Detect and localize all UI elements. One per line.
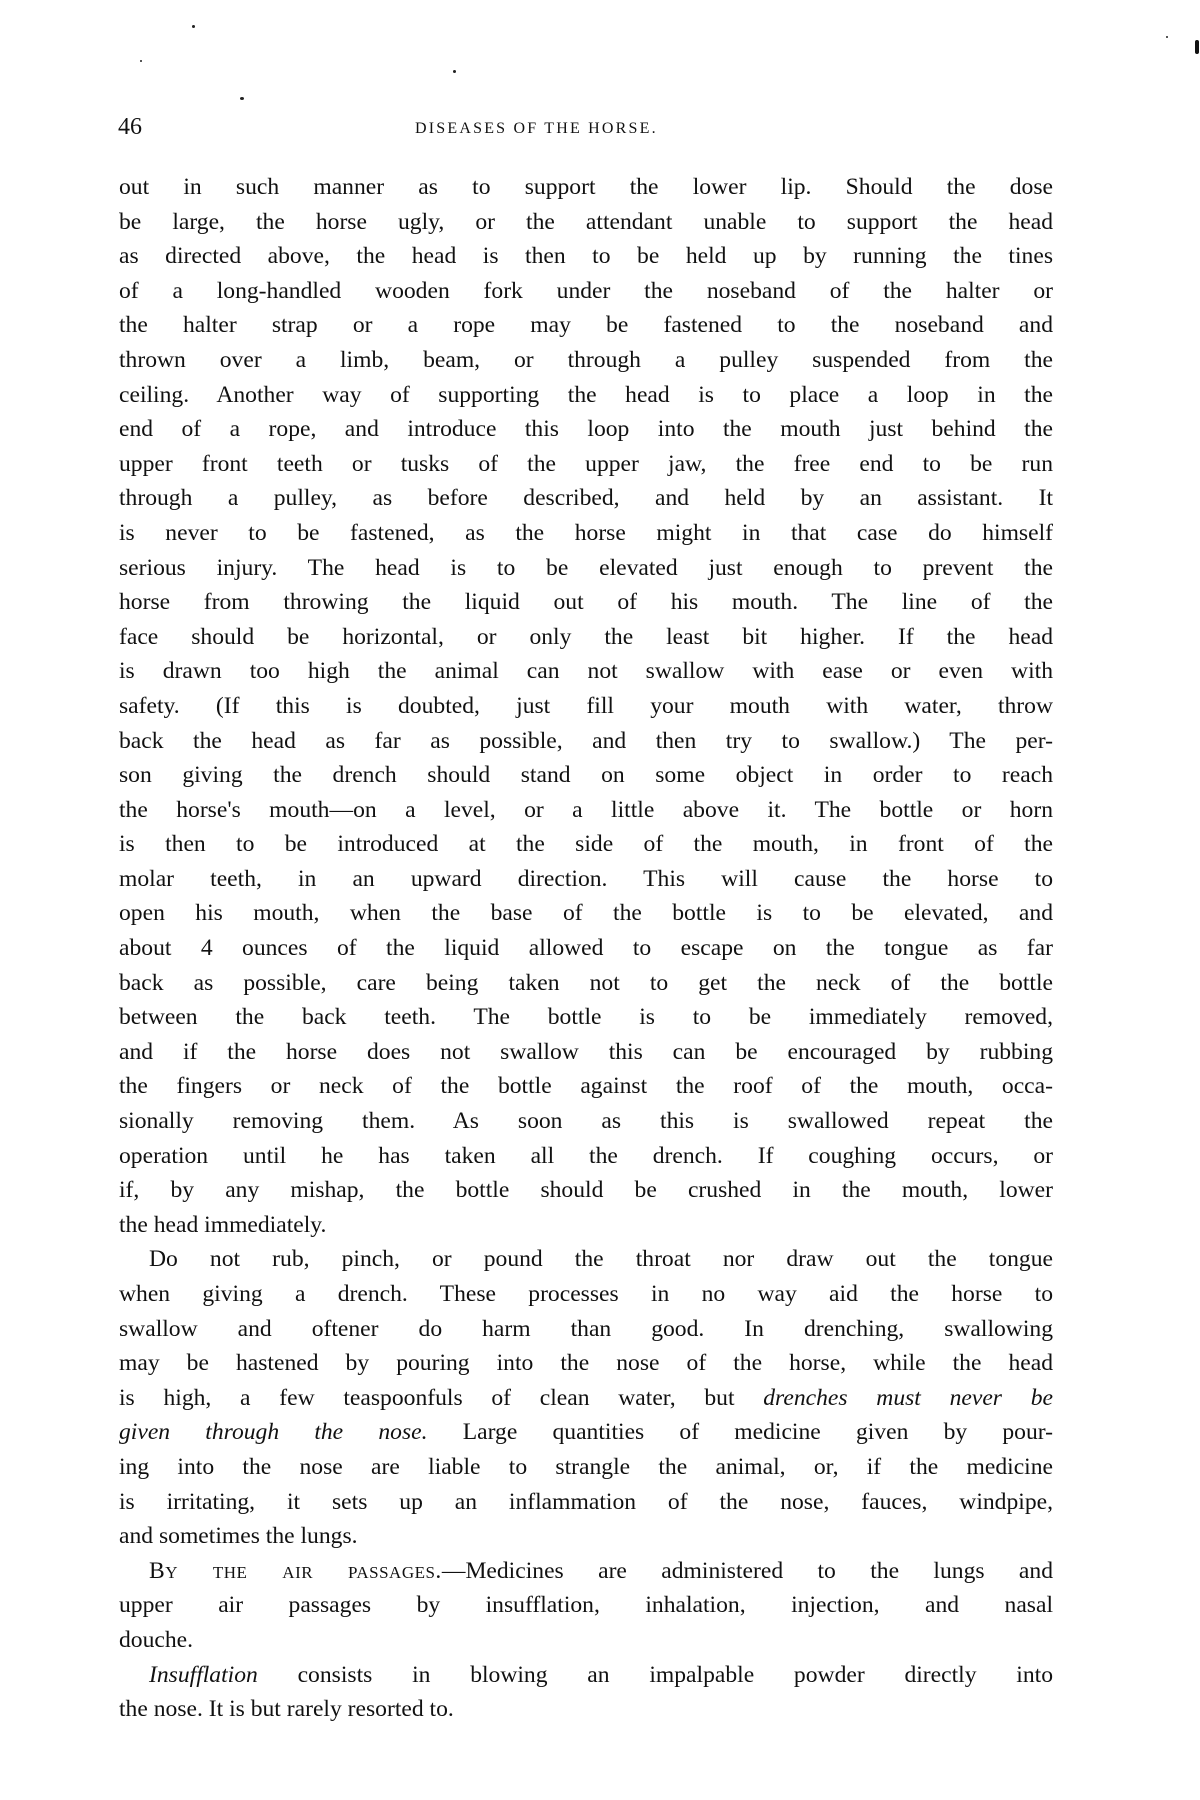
running-head: 46 DISEASES OF THE HORSE.: [118, 112, 1052, 142]
text-line: upper air passages by insufflation, inha…: [119, 1588, 1053, 1623]
text-line: safety. (If this is doubted, just fill y…: [119, 689, 1053, 724]
paragraph-drench-administration: out in such manner as to support the low…: [119, 170, 1053, 1242]
text-line: horse from throwing the liquid out of hi…: [119, 585, 1053, 620]
scan-speck: [1166, 36, 1168, 38]
text-line: is then to be introduced at the side of …: [119, 827, 1053, 862]
term-italic: Insufflation: [149, 1662, 258, 1688]
text-line: is drawn too high the animal can not swa…: [119, 654, 1053, 689]
text-run: is high, a few teaspoonfuls of clean wat…: [119, 1385, 763, 1411]
emphasis-italic: drenches must never be: [763, 1385, 1053, 1411]
paragraph-insufflation: Insufflation consists in blowing an impa…: [119, 1658, 1053, 1727]
text-line: of a long-handled wooden fork under the …: [119, 274, 1053, 309]
text-line: and if the horse does not swallow this c…: [119, 1035, 1053, 1070]
text-line-mixed: Insufflation consists in blowing an impa…: [119, 1658, 1053, 1693]
scan-edge-mark: [1195, 40, 1199, 54]
text-line: the fingers or neck of the bottle agains…: [119, 1069, 1053, 1104]
text-line-mixed: By the air passages.—Medicines are admin…: [119, 1554, 1053, 1589]
text-line: is irritating, it sets up an inflammatio…: [119, 1485, 1053, 1520]
text-line: Do not rub, pinch, or pound the throat n…: [119, 1242, 1053, 1277]
scan-speck: [453, 70, 456, 73]
text-line: sionally removing them. As soon as this …: [119, 1104, 1053, 1139]
section-heading-smallcaps: By the air passages.: [149, 1558, 442, 1584]
text-line: if, by any mishap, the bottle should be …: [119, 1173, 1053, 1208]
text-line: end of a rope, and introduce this loop i…: [119, 412, 1053, 447]
text-line: be large, the horse ugly, or the attenda…: [119, 205, 1053, 240]
text-line: swallow and oftener do harm than good. I…: [119, 1312, 1053, 1347]
text-line: as directed above, the head is then to b…: [119, 239, 1053, 274]
text-line: when giving a drench. These processes in…: [119, 1277, 1053, 1312]
scan-speck: [240, 97, 244, 100]
text-line: thrown over a limb, beam, or through a p…: [119, 343, 1053, 378]
text-line: upper front teeth or tusks of the upper …: [119, 447, 1053, 482]
text-line: the nose. It is but rarely resorted to.: [119, 1692, 1053, 1727]
paragraph-air-passages: By the air passages.—Medicines are admin…: [119, 1554, 1053, 1658]
scan-speck: [140, 60, 142, 62]
text-line: and sometimes the lungs.: [119, 1519, 1053, 1554]
page-body: out in such manner as to support the low…: [119, 170, 1053, 1727]
text-line: about 4 ounces of the liquid allowed to …: [119, 931, 1053, 966]
running-title: DISEASES OF THE HORSE.: [415, 114, 658, 144]
text-line-mixed: is high, a few teaspoonfuls of clean wat…: [119, 1381, 1053, 1416]
text-line: between the back teeth. The bottle is to…: [119, 1000, 1053, 1035]
emphasis-italic: given through the nose.: [119, 1419, 428, 1445]
paragraph-do-not-rub: Do not rub, pinch, or pound the throat n…: [119, 1242, 1053, 1553]
text-line: through a pulley, as before described, a…: [119, 481, 1053, 516]
text-line: molar teeth, in an upward direction. Thi…: [119, 862, 1053, 897]
text-line: out in such manner as to support the low…: [119, 170, 1053, 205]
text-line: ing into the nose are liable to strangle…: [119, 1450, 1053, 1485]
text-line: the halter strap or a rope may be fasten…: [119, 308, 1053, 343]
text-line: face should be horizontal, or only the l…: [119, 620, 1053, 655]
text-line: is never to be fastened, as the horse mi…: [119, 516, 1053, 551]
text-line: the horse's mouth—on a level, or a littl…: [119, 793, 1053, 828]
text-line: serious injury. The head is to be elevat…: [119, 551, 1053, 586]
text-line-mixed: given through the nose. Large quantities…: [119, 1415, 1053, 1450]
text-run: Large quantities of medicine given by po…: [428, 1419, 1053, 1445]
text-line: open his mouth, when the base of the bot…: [119, 896, 1053, 931]
text-line: back as possible, care being taken not t…: [119, 966, 1053, 1001]
text-run: consists in blowing an impalpable powder…: [258, 1662, 1053, 1688]
text-line: back the head as far as possible, and th…: [119, 724, 1053, 759]
page-number: 46: [118, 112, 142, 142]
text-line: douche.: [119, 1623, 1053, 1658]
text-line: operation until he has taken all the dre…: [119, 1139, 1053, 1174]
text-run: —Medicines are administered to the lungs…: [442, 1558, 1053, 1584]
text-line: ceiling. Another way of supporting the h…: [119, 378, 1053, 413]
text-line: son giving the drench should stand on so…: [119, 758, 1053, 793]
text-line: the head immediately.: [119, 1208, 1053, 1243]
text-line: may be hastened by pouring into the nose…: [119, 1346, 1053, 1381]
scan-speck: [192, 25, 195, 28]
